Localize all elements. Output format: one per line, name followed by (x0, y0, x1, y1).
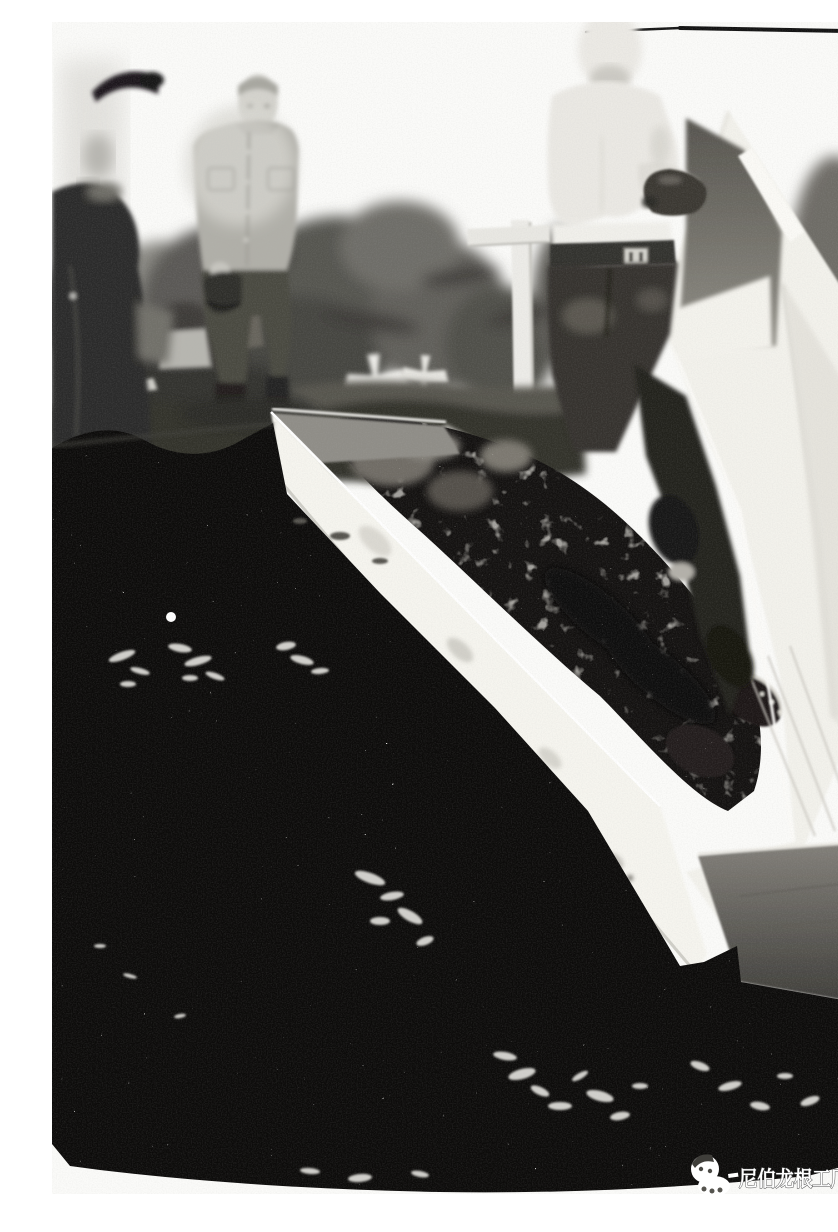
film-grain (52, 22, 838, 1194)
watermark-text: 尼伯龙根工厂 (739, 1167, 838, 1191)
photo-canvas: 尼伯龙根工厂 (40, 16, 838, 1216)
photo: Monochrome wartime photograph: soldiers … (40, 16, 838, 1216)
